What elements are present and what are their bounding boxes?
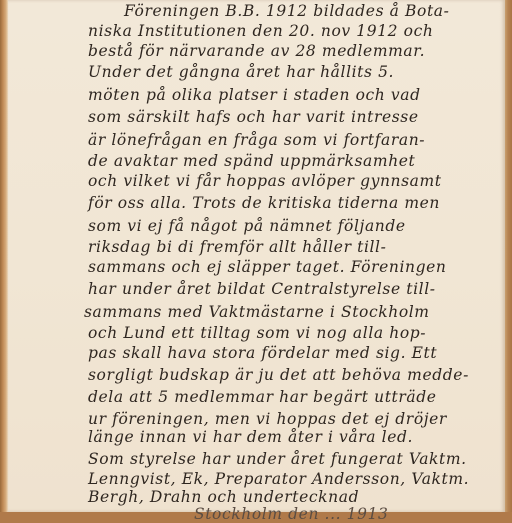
text-line: och Lund ett tilltag som vi nog alla hop… (88, 324, 426, 342)
text-line: är lönefrågan en fråga som vi fortfaran- (88, 131, 425, 149)
text-line: niska Institutionen den 20. nov 1912 och (88, 22, 433, 40)
text-line: som vi ej få något på nämnet följande (88, 217, 406, 235)
text-line: bestå för närvarande av 28 medlemmar. (88, 42, 425, 60)
text-line: sammans med Vaktmästarne i Stockholm (84, 303, 430, 321)
text-line: sorgligt budskap är ju det att behöva me… (88, 366, 469, 384)
text-line: Föreningen B.B. 1912 bildades å Bota- (124, 2, 449, 20)
text-line: Lenngvist, Ek, Preparator Andersson, Vak… (88, 470, 469, 488)
text-line: Bergh, Drahn och undertecknad (88, 488, 359, 506)
text-line: dela att 5 medlemmar har begärt utträde (88, 388, 437, 406)
text-line: länge innan vi har dem åter i våra led. (88, 428, 413, 446)
handwritten-page: Föreningen B.B. 1912 bildades å Bota- ni… (8, 0, 505, 512)
text-line: sammans och ej släpper taget. Föreningen (88, 258, 447, 276)
text-line: pas skall hava stora fördelar med sig. E… (88, 344, 437, 362)
text-line: Stockholm den ... 1913 (194, 505, 389, 512)
text-line: de avaktar med spänd uppmärksamhet (88, 152, 415, 170)
board-edge (505, 0, 512, 512)
text-line: och vilket vi får hoppas avlöper gynnsam… (88, 172, 442, 190)
text-line: Under det gångna året har hållits 5. (88, 63, 394, 81)
text-line: ur föreningen, men vi hoppas det ej dröj… (88, 410, 447, 428)
text-line: för oss alla. Trots de kritiska tiderna … (88, 194, 440, 212)
text-line: har under året bildat Centralstyrelse ti… (88, 280, 436, 298)
text-line: Som styrelse har under året fungerat Vak… (88, 450, 467, 468)
text-line: som särskilt hafs och har varit intresse (88, 108, 419, 126)
text-line: möten på olika platser i staden och vad (88, 86, 421, 104)
text-line: riksdag bi di fremför allt håller till- (88, 238, 386, 256)
